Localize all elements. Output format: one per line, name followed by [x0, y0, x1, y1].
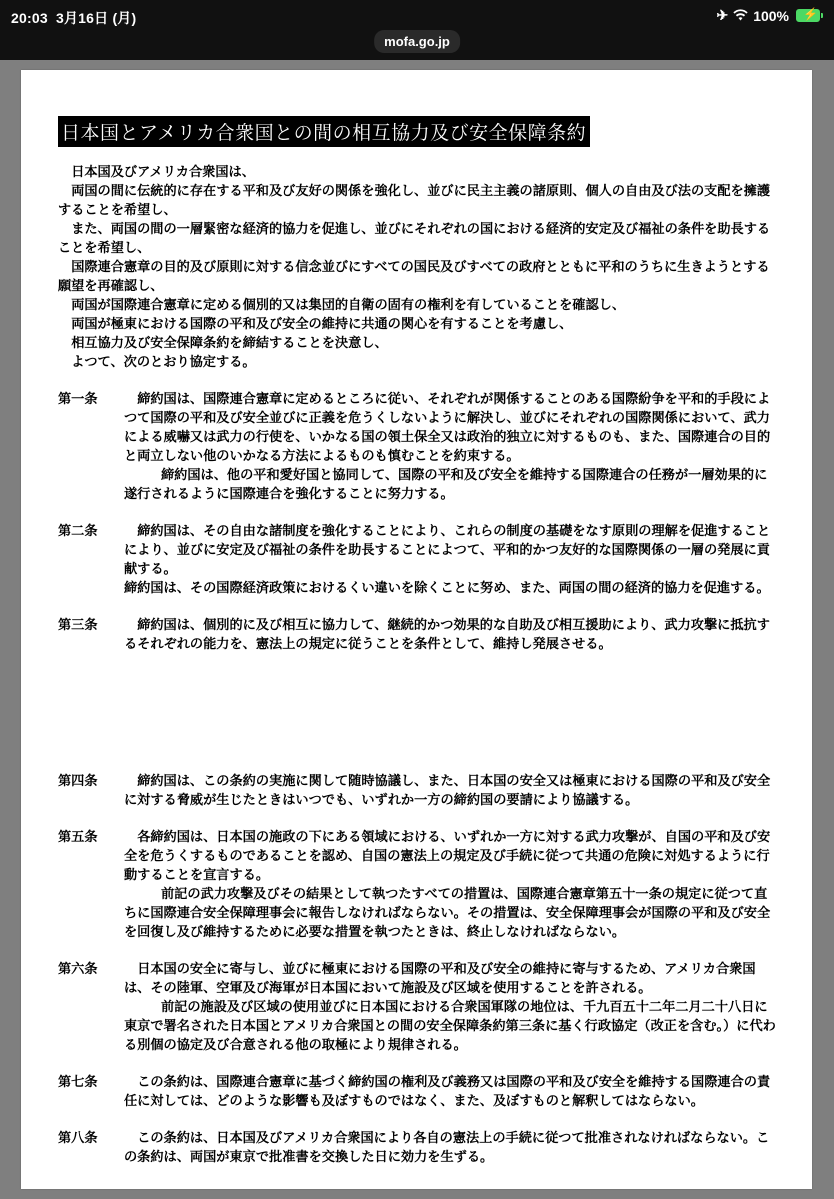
preamble-line: 両国が極東における国際の平和及び安全の維持に共通の関心を有することを考慮し、 — [58, 315, 776, 334]
article-5: 第五条 各締約国は、日本国の施政の下にある領域における、いずれか一方に対する武力… — [58, 828, 776, 942]
document-title: 日本国とアメリカ合衆国との間の相互協力及び安全保障条約 — [58, 116, 590, 147]
battery-percent: 100% — [753, 8, 789, 24]
article-label: 第六条 — [58, 960, 124, 1055]
article-body: 締約国は、個別的に及び相互に協力して、継続的かつ効果的な自助及び相互援助により、… — [124, 616, 776, 654]
article-1: 第一条 締約国は、国際連合憲章に定めるところに従い、それぞれが関係することのある… — [58, 390, 776, 504]
battery-charging-icon: ⚡ — [796, 9, 820, 22]
article-label: 第七条 — [58, 1073, 124, 1111]
preamble-line: 相互協力及び安全保障条約を締結することを決意し、 — [58, 334, 776, 353]
article-paragraph: 締約国は、他の平和愛好国と協同して、国際の平和及び安全を維持する国際連合の任務が… — [124, 466, 776, 504]
document-page: 日本国とアメリカ合衆国との間の相互協力及び安全保障条約 日本国及びアメリカ合衆国… — [21, 70, 812, 1189]
url-bar[interactable]: mofa.go.jp — [374, 30, 460, 53]
preamble: 日本国及びアメリカ合衆国は、 両国の間に伝統的に存在する平和及び友好の関係を強化… — [58, 163, 776, 372]
article-label: 第八条 — [58, 1129, 124, 1167]
preamble-line: また、両国の間の一層緊密な経済的協力を促進し、並びにそれぞれの国における経済的安… — [58, 220, 776, 258]
preamble-line: よつて、次のとおり協定する。 — [58, 353, 776, 372]
article-body: この条約は、国際連合憲章に基づく締約国の権利及び義務又は国際の平和及び安全を維持… — [124, 1073, 776, 1111]
airplane-icon: ✈ — [716, 7, 728, 24]
article-label: 第五条 — [58, 828, 124, 942]
article-body: この条約は、日本国及びアメリカ合衆国により各自の憲法上の手続に従つて批准されなけ… — [124, 1129, 776, 1167]
article-paragraph: 締約国は、その自由な諸制度を強化することにより、これらの制度の基礎をなす原則の理… — [124, 522, 776, 579]
status-indicators: ✈ 100% ⚡ — [716, 7, 820, 24]
page-break-gap — [58, 654, 776, 754]
article-label: 第一条 — [58, 390, 124, 504]
article-4: 第四条 締約国は、この条約の実施に関して随時協議し、また、日本国の安全又は極東に… — [58, 772, 776, 810]
article-paragraph: 各締約国は、日本国の施政の下にある領域における、いずれか一方に対する武力攻撃が、… — [124, 828, 776, 885]
article-7: 第七条 この条約は、国際連合憲章に基づく締約国の権利及び義務又は国際の平和及び安… — [58, 1073, 776, 1111]
article-paragraph: 日本国の安全に寄与し、並びに極東における国際の平和及び安全の維持に寄与するため、… — [124, 960, 776, 998]
wifi-icon — [733, 8, 748, 24]
article-label: 第四条 — [58, 772, 124, 810]
article-paragraph: 締約国は、この条約の実施に関して随時協議し、また、日本国の安全又は極東における国… — [124, 772, 776, 810]
article-6: 第六条 日本国の安全に寄与し、並びに極東における国際の平和及び安全の維持に寄与す… — [58, 960, 776, 1055]
article-paragraph: 前記の施設及び区域の使用並びに日本国における合衆国軍隊の地位は、千九百五十二年二… — [124, 998, 776, 1055]
article-body: 各締約国は、日本国の施政の下にある領域における、いずれか一方に対する武力攻撃が、… — [124, 828, 776, 942]
clock: 20:03 — [11, 10, 48, 26]
article-body: 締約国は、この条約の実施に関して随時協議し、また、日本国の安全又は極東における国… — [124, 772, 776, 810]
article-3: 第三条 締約国は、個別的に及び相互に協力して、継続的かつ効果的な自助及び相互援助… — [58, 616, 776, 654]
preamble-line: 日本国及びアメリカ合衆国は、 — [58, 163, 776, 182]
article-paragraph: 前記の武力攻撃及びその結果として執つたすべての措置は、国際連合憲章第五十一条の規… — [124, 885, 776, 942]
article-8: 第八条 この条約は、日本国及びアメリカ合衆国により各自の憲法上の手続に従つて批准… — [58, 1129, 776, 1167]
preamble-line: 両国が国際連合憲章に定める個別的又は集団的自衛の固有の権利を有していることを確認… — [58, 296, 776, 315]
article-body: 締約国は、国際連合憲章に定めるところに従い、それぞれが関係することのある国際紛争… — [124, 390, 776, 504]
article-2: 第二条 締約国は、その自由な諸制度を強化することにより、これらの制度の基礎をなす… — [58, 522, 776, 598]
article-label: 第二条 — [58, 522, 124, 598]
status-time-date: 20:03 3月16日 (月) — [11, 8, 136, 28]
preamble-line: 両国の間に伝統的に存在する平和及び友好の関係を強化し、並びに民主主義の諸原則、個… — [58, 182, 776, 220]
date: 3月16日 (月) — [56, 10, 136, 26]
article-body: 締約国は、その自由な諸制度を強化することにより、これらの制度の基礎をなす原則の理… — [124, 522, 776, 598]
preamble-line: 国際連合憲章の目的及び原則に対する信念並びにすべての国民及びすべての政府とともに… — [58, 258, 776, 296]
article-label: 第三条 — [58, 616, 124, 654]
document-content: 日本国及びアメリカ合衆国は、 両国の間に伝統的に存在する平和及び友好の関係を強化… — [58, 163, 776, 1167]
article-paragraph: 締約国は、国際連合憲章に定めるところに従い、それぞれが関係することのある国際紛争… — [124, 390, 776, 466]
status-bar: 20:03 3月16日 (月) ✈ 100% ⚡ mofa.go.jp — [0, 0, 834, 60]
article-paragraph: この条約は、日本国及びアメリカ合衆国により各自の憲法上の手続に従つて批准されなけ… — [124, 1129, 776, 1167]
article-body: 日本国の安全に寄与し、並びに極東における国際の平和及び安全の維持に寄与するため、… — [124, 960, 776, 1055]
article-paragraph: この条約は、国際連合憲章に基づく締約国の権利及び義務又は国際の平和及び安全を維持… — [124, 1073, 776, 1111]
article-paragraph: 締約国は、その国際経済政策におけるくい違いを除くことに努め、また、両国の間の経済… — [124, 579, 776, 598]
article-paragraph: 締約国は、個別的に及び相互に協力して、継続的かつ効果的な自助及び相互援助により、… — [124, 616, 776, 654]
